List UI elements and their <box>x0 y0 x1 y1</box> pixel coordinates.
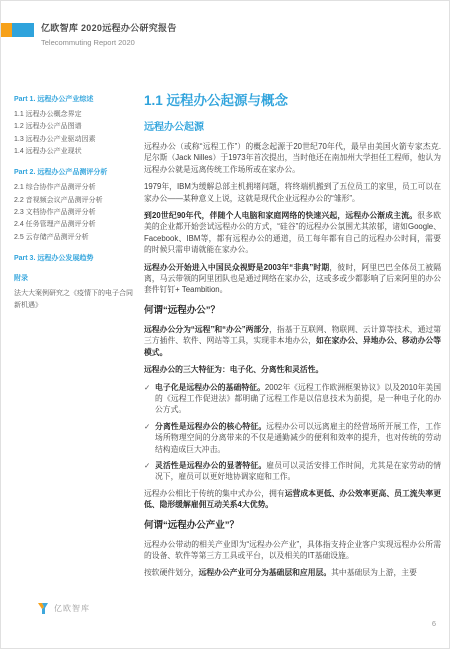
paragraph-origin-2: 1979年，IBM为缓解总部主机拥堵问题，将终端机搬到了五位员工的家里，员工可以… <box>144 181 441 204</box>
heading-what-is-telework: 何谓“远程办公”？ <box>144 302 441 316</box>
paragraph-industry-layers: 按软硬件划分，远程办公产业可分为基础层和应用层。其中基础层为上游，主要 <box>144 567 441 578</box>
toc-item-1-3[interactable]: 1.3 远程办公产业驱动因素 <box>14 134 138 146</box>
bullet-electronic-text: 电子化是远程办公的基础特征。2002年《远程工作欧洲框架协议》以及2010年美国… <box>155 382 441 416</box>
paragraph-advantages: 远程办公相比于传统的集中式办公，拥有运营成本更低、办公效率更高、员工流失率更低、… <box>144 488 441 511</box>
bullet-electronic: ✓ 电子化是远程办公的基础特征。2002年《远程工作欧洲框架协议》以及2010年… <box>144 382 441 416</box>
brand-orange-block <box>1 23 12 37</box>
main-content: 1.1 远程办公起源与概念 远程办公起源 远程办公（或称“远程工作”）的概念起源… <box>144 89 441 585</box>
toc-item-1-4[interactable]: 1.4 远程办公产业现状 <box>14 146 138 158</box>
paragraph-origin-3: 到20世纪90年代，伴随个人电脑和家庭网络的快速兴起，远程办公渐成主流。很多欧美… <box>144 210 441 256</box>
toc-part2-title: Part 2. 远程办公产品测评分析 <box>14 168 138 178</box>
toc-item-1-1[interactable]: 1.1 远程办公概念界定 <box>14 109 138 121</box>
toc-part3-title: Part 3. 远程办公发展趋势 <box>14 254 138 264</box>
paragraph-three-features: 远程办公的三大特征为：电子化、分离性和灵活性。 <box>144 364 441 375</box>
yiou-logo-icon <box>37 602 50 615</box>
bullet-separation-text: 分离性是远程办公的核心特征。远程办公可以远离雇主的经营场所开展工作，工作场所物理… <box>155 421 441 455</box>
toc-sidebar: Part 1. 远程办公产业综述 1.1 远程办公概念界定 1.2 远程办公产品… <box>14 95 138 312</box>
brand-strip-icon <box>1 23 34 37</box>
check-icon: ✓ <box>144 382 155 416</box>
heading-what-is-industry: 何谓“远程办公产业”？ <box>144 517 441 531</box>
toc-part1-title: Part 1. 远程办公产业综述 <box>14 95 138 105</box>
brand-blue-block <box>12 23 34 37</box>
toc-item-2-3[interactable]: 2.3 文档协作产品测评分析 <box>14 207 138 219</box>
footer-logo: 亿欧智库 <box>37 602 90 615</box>
toc-item-1-2[interactable]: 1.2 远程办公产品图谱 <box>14 121 138 133</box>
check-icon: ✓ <box>144 421 155 455</box>
report-title: 亿欧智库 2020远程办公研究报告 <box>41 21 177 34</box>
check-icon: ✓ <box>144 460 155 483</box>
report-header: 亿欧智库 2020远程办公研究报告 Telecommuting Report 2… <box>41 21 177 47</box>
paragraph-definition: 远程办公分为“远程”和“办公”两部分，指基于互联网、物联网、云计算等技术，通过第… <box>144 324 441 358</box>
page-number: 6 <box>432 619 436 628</box>
heading-origin: 远程办公起源 <box>144 118 441 133</box>
toc-appendix-title: 附录 <box>14 274 138 284</box>
report-page: 亿欧智库 2020远程办公研究报告 Telecommuting Report 2… <box>0 0 450 649</box>
toc-appendix-note: 法大大案例研究之《疫情下的电子合同新机遇》 <box>14 288 138 312</box>
footer-logo-text: 亿欧智库 <box>54 603 90 614</box>
toc-item-2-2[interactable]: 2.2 音视频会议产品测评分析 <box>14 195 138 207</box>
bullet-separation: ✓ 分离性是远程办公的核心特征。远程办公可以远离雇主的经营场所开展工作，工作场所… <box>144 421 441 455</box>
paragraph-industry-definition: 远程办公带动的相关产业即为“远程办公产业”，具体指支持企业客户实现远程办公所需的… <box>144 539 441 562</box>
section-title: 1.1 远程办公起源与概念 <box>144 89 441 109</box>
report-subtitle: Telecommuting Report 2020 <box>41 38 177 47</box>
toc-item-2-1[interactable]: 2.1 综合协作产品测评分析 <box>14 182 138 194</box>
bullet-flexibility: ✓ 灵活性是远程办公的显著特征。雇员可以灵活安排工作时间，尤其是在家劳动的情况下… <box>144 460 441 483</box>
bullet-flexibility-text: 灵活性是远程办公的显著特征。雇员可以灵活安排工作时间，尤其是在家劳动的情况下，雇… <box>155 460 441 483</box>
toc-item-2-5[interactable]: 2.5 云存储产品测评分析 <box>14 232 138 244</box>
paragraph-origin-1: 远程办公（或称“远程工作”）的概念起源于20世纪70年代，最早由美国火箭专家杰克… <box>144 141 441 175</box>
paragraph-origin-4: 远程办公开始进入中国民众视野是2003年“非典”时期，彼时，阿里巴巴全体员工被隔… <box>144 262 441 296</box>
toc-item-2-4[interactable]: 2.4 任务管理产品测评分析 <box>14 219 138 231</box>
